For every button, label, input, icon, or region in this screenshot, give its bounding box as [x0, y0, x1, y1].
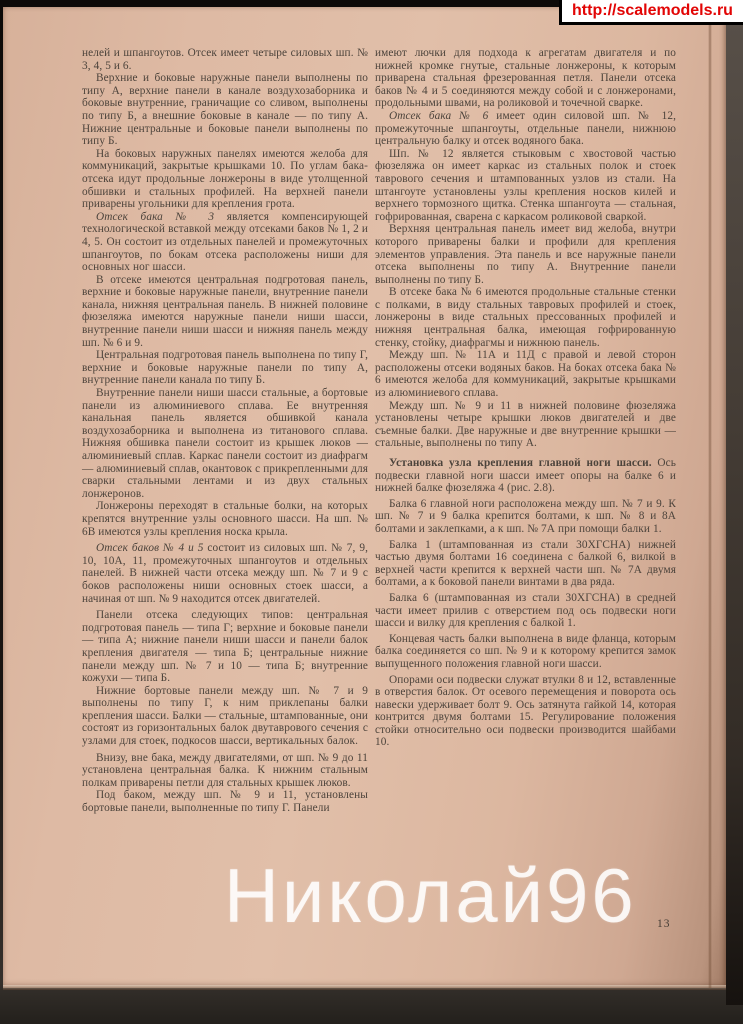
- paragraph: нелей и шпангоутов. Отсек имеет четыре с…: [82, 47, 368, 72]
- paragraph: Внизу, вне бака, между двигателями, от ш…: [82, 752, 368, 790]
- paragraph: Отсек бака № 6 имеет один силовой шп. № …: [375, 110, 676, 148]
- page-edge-shadow: [726, 0, 743, 1005]
- paragraph: В отсеке имеются центральная подгротовая…: [82, 274, 368, 350]
- paragraph: Под баком, между шп. № 9 и 11, установле…: [82, 789, 368, 814]
- paragraph: Верхняя центральная панель имеет вид жел…: [375, 223, 676, 286]
- paragraph: Отсек бака № 3 является компенсирующей т…: [82, 211, 368, 274]
- paragraph: Панели отсека следующих типов: центральн…: [82, 609, 368, 685]
- paragraph: Балка 6 главной ноги расположена между ш…: [375, 498, 676, 536]
- paragraph: Установка узла крепления главной ноги ша…: [375, 457, 676, 495]
- paragraph: Верхние и боковые наружные панели выполн…: [82, 72, 368, 148]
- paragraph-heading: Установка узла крепления главной ноги ша…: [389, 457, 652, 469]
- paragraph: Лонжероны переходят в стальные болки, на…: [82, 500, 368, 538]
- paragraph: Внутренние панели ниши шасси стальные, а…: [82, 387, 368, 500]
- paragraph: Между шп. № 11А и 11Д с правой и левой с…: [375, 349, 676, 399]
- book-page: нелей и шпангоутов. Отсек имеет четыре с…: [3, 7, 726, 988]
- paragraph: На боковых наружных панелях имеются жело…: [82, 148, 368, 211]
- paragraph: Между шп. № 9 и 11 в нижней половине фюз…: [375, 400, 676, 450]
- page-number: 13: [657, 918, 687, 930]
- paragraph: Центральная подгротовая панель выполнена…: [82, 349, 368, 387]
- paragraph-lead: Отсек баков № 4 и 5: [96, 542, 204, 554]
- text-column-right: имеют лючки для подхода к агрегатам двиг…: [375, 47, 676, 749]
- paragraph: В отсеке бака № 6 имеются продольные ста…: [375, 286, 676, 349]
- paragraph-lead: Отсек бака № 6: [389, 110, 488, 122]
- paragraph: Балка 6 (штампованная из стали 30ХГСНА) …: [375, 592, 676, 630]
- paragraph: Отсек баков № 4 и 5 состоит из силовых ш…: [82, 542, 368, 605]
- url-banner: http://scalemodels.ru: [559, 0, 743, 25]
- scanner-background: нелей и шпангоутов. Отсек имеет четыре с…: [0, 0, 743, 1024]
- paragraph: Концевая часть балки выполнена в виде фл…: [375, 633, 676, 671]
- paragraph: Балка 1 (штампованная из стали 30ХГСНА) …: [375, 539, 676, 589]
- text-column-left: нелей и шпангоутов. Отсек имеет четыре с…: [82, 47, 368, 815]
- paragraph: Нижние бортовые панели между шп. № 7 и 9…: [82, 685, 368, 748]
- paragraph: имеют лючки для подхода к агрегатам двиг…: [375, 47, 676, 110]
- url-banner-text: http://scalemodels.ru: [572, 2, 733, 20]
- paragraph: Шп. № 12 является стыковым с хвостовой ч…: [375, 148, 676, 224]
- paragraph-lead: Отсек бака № 3: [96, 211, 214, 223]
- paragraph: Опорами оси подвески служат втулки 8 и 1…: [375, 674, 676, 750]
